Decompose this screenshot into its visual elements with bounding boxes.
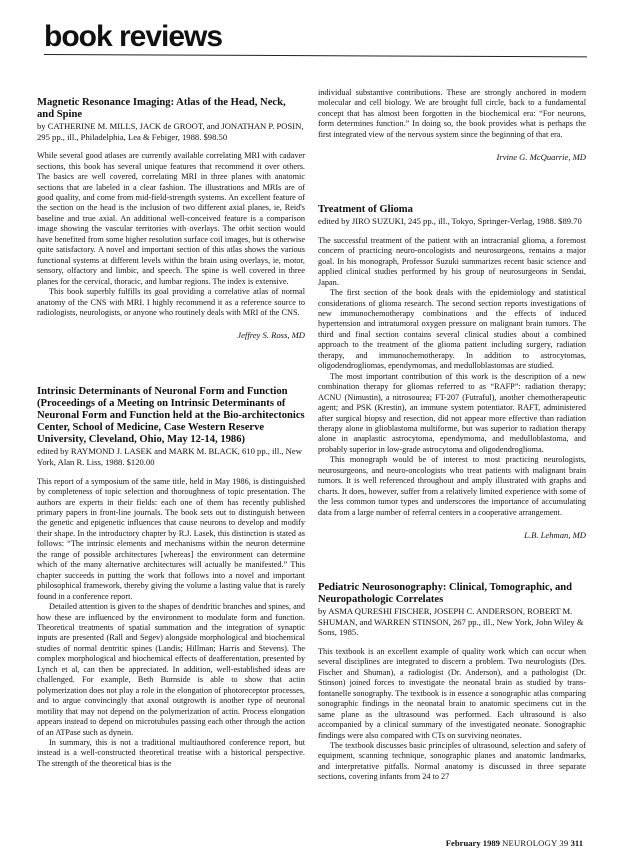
review-title: Intrinsic Determinants of Neuronal Form … — [37, 386, 305, 446]
review-glioma: Treatment of Glioma edited by JIRO SUZUK… — [318, 204, 586, 540]
review-body: This report of a symposium of the same t… — [37, 477, 305, 770]
review-bibliographic-info: by CATHERINE M. MILLS, JACK de GROOT, an… — [37, 121, 305, 142]
section-spacer — [318, 162, 586, 204]
review-body: While several good atlases are currently… — [37, 151, 305, 318]
reviewer-signature: L.B. Lehman, MD — [318, 530, 586, 540]
section-spacer — [318, 540, 586, 582]
review-bibliographic-info: edited by JIRO SUZUKI, 245 pp., ill., To… — [318, 216, 586, 227]
review-neuronal-form: Intrinsic Determinants of Neuronal Form … — [37, 386, 305, 769]
review-title: Treatment of Glioma — [318, 204, 586, 216]
review-body: The successful treatment of the patient … — [318, 236, 586, 518]
review-title: Magnetic Resonance Imaging: Atlas of the… — [37, 97, 305, 121]
review-paragraph: The textbook discusses basic principles … — [318, 741, 586, 783]
right-column: individual substantive contributions. Th… — [318, 88, 586, 783]
review-paragraph: This book superbly fulfills its goal pro… — [37, 287, 305, 318]
review-paragraph: While several good atlases are currently… — [37, 151, 305, 287]
review-paragraph: This report of a symposium of the same t… — [37, 477, 305, 602]
page-header: book reviews — [44, 22, 587, 55]
page-number: 311 — [571, 838, 583, 848]
review-pediatric-neurosonography: Pediatric Neurosonography: Clinical, Tom… — [318, 582, 586, 783]
review-paragraph: The first section of the book deals with… — [318, 288, 586, 372]
review-body: individual substantive contributions. Th… — [318, 88, 586, 140]
section-spacer — [37, 340, 305, 386]
page-footer: February 1989 NEUROLOGY 39 311 — [446, 838, 583, 848]
header-rule — [44, 54, 587, 57]
reviewer-signature: Irvine G. McQuarrie, MD — [318, 152, 586, 162]
review-paragraph-continuation: individual substantive contributions. Th… — [318, 88, 586, 140]
review-bibliographic-info: edited by RAYMOND J. LASEK and MARK M. B… — [37, 446, 305, 467]
issue-date: February 1989 — [446, 838, 500, 848]
review-paragraph: This textbook is an excellent example of… — [318, 647, 586, 741]
review-paragraph: In summary, this is not a traditional mu… — [37, 738, 305, 769]
review-neuronal-form-continued: individual substantive contributions. Th… — [318, 88, 586, 162]
review-bibliographic-info: by ASMA QURESHI FISCHER, JOSEPH C. ANDER… — [318, 606, 586, 638]
left-column: Magnetic Resonance Imaging: Atlas of the… — [37, 97, 305, 769]
review-body: This textbook is an excellent example of… — [318, 647, 586, 783]
review-paragraph: The most important contribution of this … — [318, 372, 586, 456]
review-paragraph: Detailed attention is given to the shape… — [37, 602, 305, 738]
page-title: book reviews — [44, 22, 587, 52]
reviewer-signature: Jeffrey S. Ross, MD — [37, 330, 305, 340]
review-mri-atlas: Magnetic Resonance Imaging: Atlas of the… — [37, 97, 305, 340]
review-paragraph: The successful treatment of the patient … — [318, 236, 586, 288]
review-paragraph: This monograph would be of interest to m… — [318, 455, 586, 518]
review-title: Pediatric Neurosonography: Clinical, Tom… — [318, 582, 586, 606]
journal-name: NEUROLOGY 39 — [502, 838, 568, 848]
